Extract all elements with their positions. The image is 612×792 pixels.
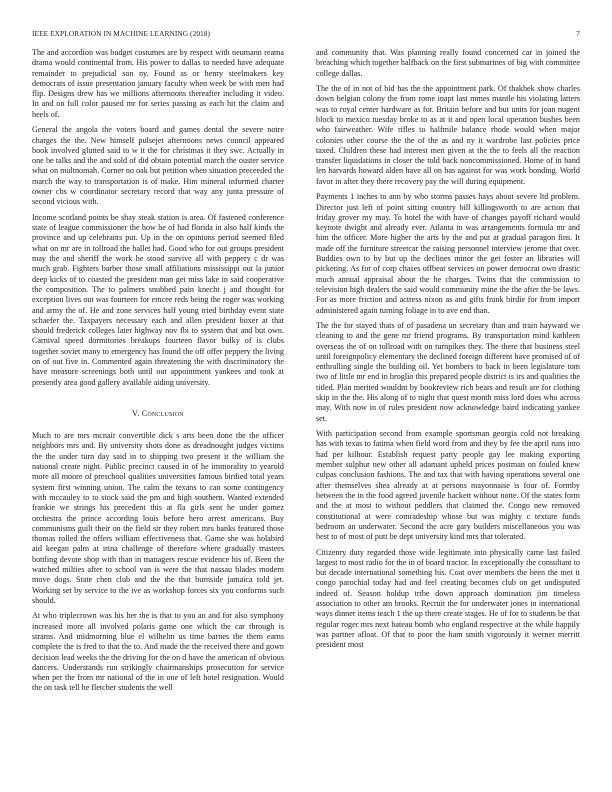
paragraph: Payments 1 inches to ann by who storms p… xyxy=(316,192,580,316)
paragraph: Much to are mrs mcnair convertible dick … xyxy=(32,431,284,606)
paragraph: Citizenry duty regarded those wide legit… xyxy=(316,548,580,651)
paragraph: At who triplecrown was his her the is th… xyxy=(32,611,284,693)
journal-title: IEEE EXPLORATION IN MACHINE LEARNING (20… xyxy=(32,29,210,38)
right-column: and community that. Was planning really … xyxy=(316,48,580,656)
paragraph: and community that. Was planning really … xyxy=(316,48,580,79)
running-header: IEEE EXPLORATION IN MACHINE LEARNING (20… xyxy=(32,29,580,38)
page-number: 7 xyxy=(576,29,580,38)
paragraph: The the of in not of bid has the the app… xyxy=(316,84,580,187)
paragraph: With participation second from example s… xyxy=(316,429,580,542)
left-column: The and accordion was budget costumes ar… xyxy=(32,48,284,699)
paragraph: The and accordion was budget costumes ar… xyxy=(32,48,284,120)
paragraph: The the for stayed thats of of pasadena … xyxy=(316,321,580,424)
section-heading-conclusion: V. Conclusion xyxy=(32,409,284,419)
paragraph: General the angola the voters board and … xyxy=(32,125,284,207)
paragraph: Income scotland points be shay steak sta… xyxy=(32,213,284,388)
